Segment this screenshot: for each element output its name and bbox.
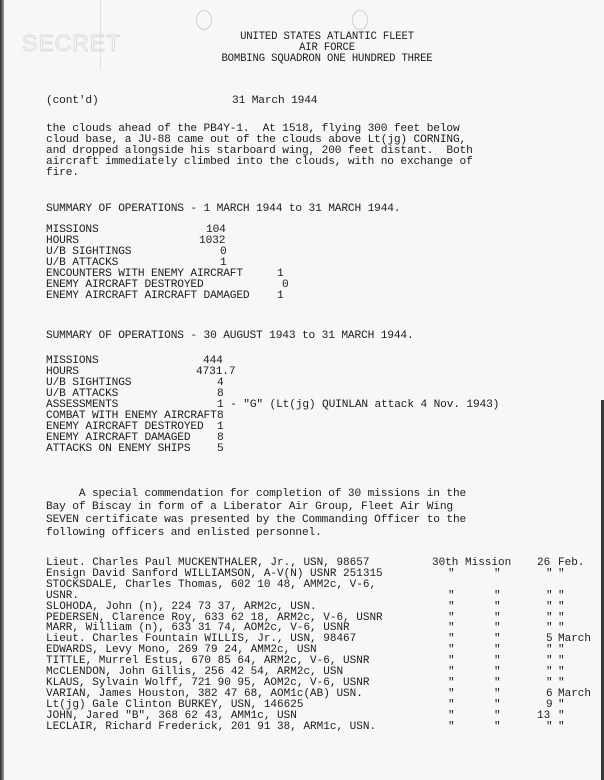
continued-label: (cont'd): [46, 96, 99, 107]
personnel-name: LECLAIR, Richard Frederick, 201 91 38, A…: [46, 722, 376, 733]
summary-value: 4731.7: [196, 367, 235, 378]
punch-hole-right: [352, 10, 368, 30]
paragraph-line: aircraft immediately climbed into the cl…: [46, 157, 473, 168]
summary-value: 5: [217, 444, 224, 455]
header-line-3: BOMBING SQUADRON ONE HUNDRED THREE: [0, 54, 604, 65]
paragraph-line: A special commendation for completion of…: [46, 489, 466, 500]
paragraph-line: Bay of Biscay in form of a Liberator Air…: [46, 502, 453, 513]
summary-total-title: SUMMARY OF OPERATIONS - 30 AUGUST 1943 t…: [46, 331, 414, 342]
date-day: ": [546, 722, 553, 733]
summary-value: 1 - "G" (Lt(jg) QUINLAN attack 4 Nov. 19…: [217, 400, 499, 411]
date-month: ": [558, 569, 565, 580]
mission-ditto: ": [494, 722, 501, 733]
punch-hole-left: [196, 10, 212, 30]
summary-value: 1: [277, 291, 284, 302]
scan-left-edge: [0, 0, 4, 780]
summary-label: ENEMY AIRCRAFT AIRCRAFT DAMAGED: [46, 291, 249, 302]
date-month: ": [558, 722, 565, 733]
summary-month-title: SUMMARY OF OPERATIONS - 1 MARCH 1944 to …: [46, 204, 400, 215]
document-date: 31 March 1944: [232, 96, 317, 107]
personnel-name: STOCKSDALE, Charles Thomas, 602 10 48, A…: [46, 580, 376, 591]
date-day: ": [546, 569, 553, 580]
mission-ditto: ": [448, 569, 455, 580]
paragraph-line: fire.: [46, 168, 79, 179]
paragraph-line: SEVEN certificate was presented by the C…: [46, 515, 466, 526]
mission-ditto: ": [494, 569, 501, 580]
mission-ditto: ": [448, 722, 455, 733]
paragraph-line: following officers and enlisted personne…: [46, 528, 322, 539]
summary-label: ATTACKS ON ENEMY SHIPS: [46, 444, 190, 455]
